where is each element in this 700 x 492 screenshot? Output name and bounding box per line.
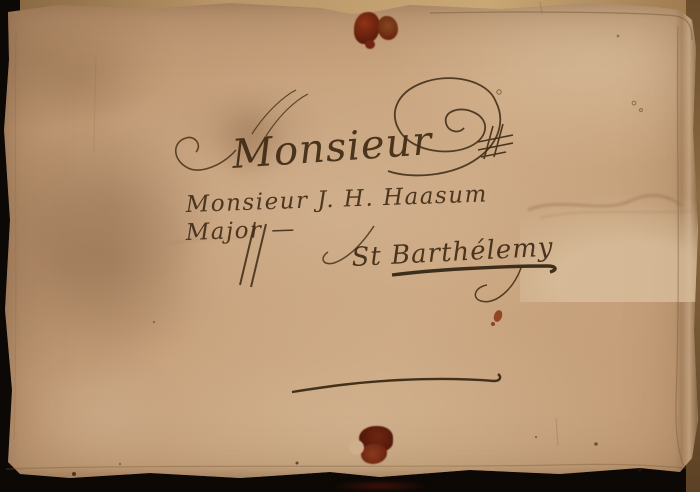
ink-ring-mark <box>497 90 501 94</box>
salutation-text: Monsieur <box>229 118 435 178</box>
long-dash-line <box>292 374 500 392</box>
destination-group: St Barthélemy <box>323 226 555 302</box>
tiny-ring-marks <box>632 101 642 111</box>
crease-lines <box>6 2 692 469</box>
addressee-text: Monsieur J. H. Haasum <box>184 181 488 218</box>
red-ink-spot <box>491 309 504 326</box>
handwriting-overlay: Monsieur Monsieur J. H. Haasum Major — <box>0 0 700 492</box>
letter-cover-photo: Monsieur Monsieur J. H. Haasum Major — <box>0 0 700 492</box>
rank-text: Major — <box>184 216 296 246</box>
descender-loop <box>475 268 521 302</box>
